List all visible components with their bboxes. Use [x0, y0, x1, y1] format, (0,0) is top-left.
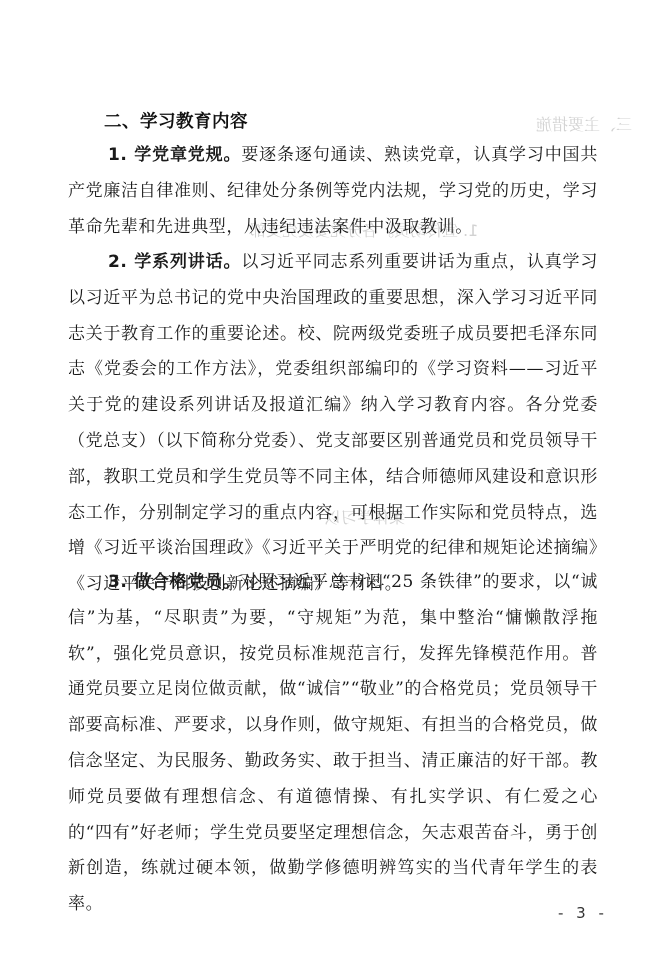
paragraph-lead: 2. 学系列讲话。 — [108, 252, 241, 272]
page-number: - 3 - — [558, 904, 608, 922]
document-page: 三、主要措施 1. 宣传动员。各分党委及党支部 集体学习以 二、学习教育内容 1… — [0, 0, 666, 980]
paragraph-lead: 1. 学党章党规。 — [108, 145, 241, 165]
bleed-through-text: 三、主要措施 — [536, 112, 632, 135]
section-heading: 二、学习教育内容 — [104, 108, 248, 133]
paragraph-study-party-rules: 1. 学党章党规。要逐条逐句通读、熟读党章，认真学习中国共产党廉洁自律准则、纪律… — [68, 138, 598, 245]
paragraph-study-speeches: 2. 学系列讲话。以习近平同志系列重要讲话为重点，认真学习以习近平为总书记的党中… — [68, 245, 598, 603]
paragraph-qualified-member: 3. 做合格党员。对照习近平总书记“25 条铁律”的要求，以“诚信”为基，“尽职… — [68, 565, 598, 923]
paragraph-lead: 3. 做合格党员。 — [108, 572, 240, 592]
paragraph-body: 对照习近平总书记“25 条铁律”的要求，以“诚信”为基，“尽职责”为要，“守规矩… — [68, 572, 598, 914]
paragraph-body: 以习近平同志系列重要讲话为重点，认真学习以习近平为总书记的党中央治国理政的重要思… — [68, 252, 598, 594]
